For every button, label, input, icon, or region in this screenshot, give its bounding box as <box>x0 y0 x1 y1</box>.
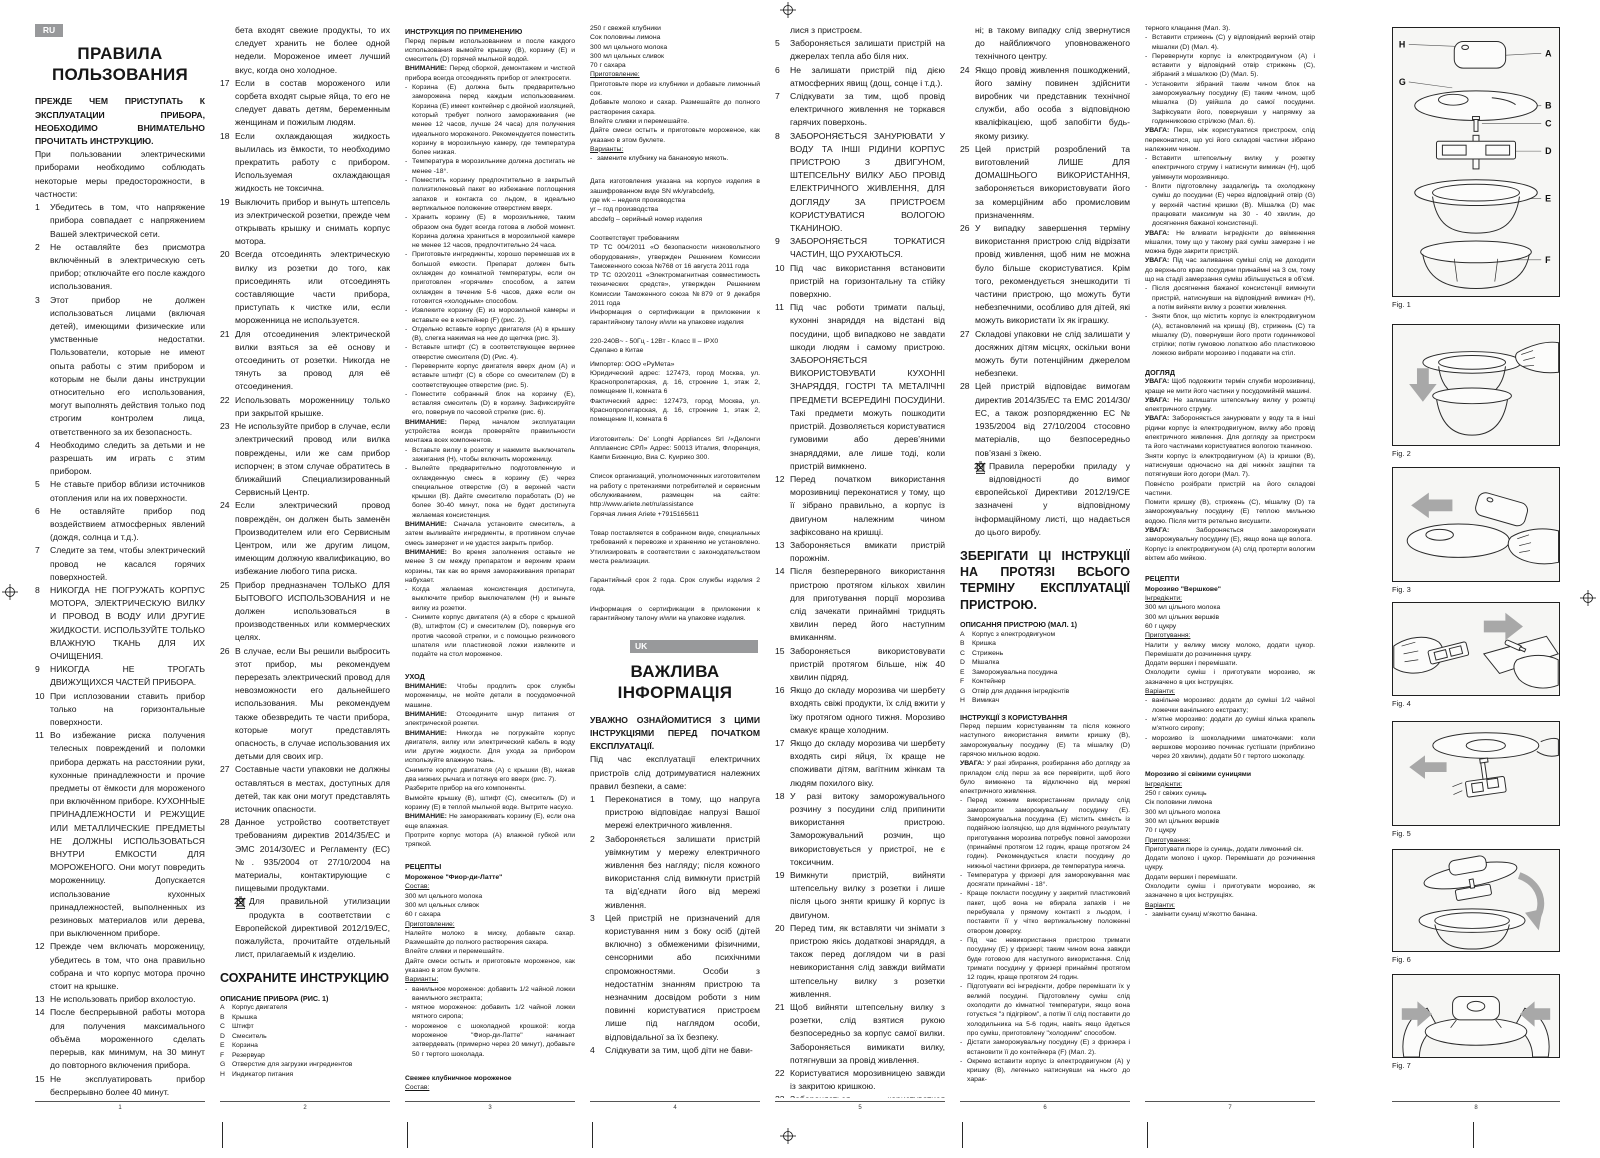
dash-bullet: м’ятне морозиво: додати до суміші кілька… <box>1145 715 1315 734</box>
item-number: 7 <box>775 90 790 103</box>
section-title: ВАЖЛИВА ІНФОРМАЦІЯ <box>590 662 760 703</box>
item-number: 24 <box>960 64 975 77</box>
dash-bullet: Влити підготовлену заздалегідь та охолод… <box>1145 182 1315 228</box>
dash-bullet: Корзина (E) должна быть предварительно з… <box>405 83 575 157</box>
item-text: Під час роботи тримати пальці, кухонні з… <box>790 302 945 470</box>
page-number-text: 5 <box>858 1105 861 1111</box>
warning-paragraph: ВНИМАНИЕ: Чтобы продлить срок службы мор… <box>405 682 575 710</box>
dash-bullet: мятное мороженое: добавить 1/2 чайной ло… <box>405 1003 575 1022</box>
small-paragraph: ТР ТС 004/2011 «О безопасности низковоль… <box>590 243 760 271</box>
dash-bullet: мороженое с шоколадной крошкой: когда мо… <box>405 1022 575 1059</box>
dash-bullet: Підготувати всі інгредієнти, добре перем… <box>960 982 1130 1038</box>
dash-bullet: Хранить корзину (E) в морозильнике, таки… <box>405 213 575 250</box>
small-paragraph: yr – год производства <box>590 205 760 214</box>
item-number: 5 <box>775 37 790 50</box>
item-number: 3 <box>35 294 50 307</box>
spacer <box>405 849 575 859</box>
part-letter: C <box>960 649 972 659</box>
warning-lead: УВАГА: <box>960 760 987 767</box>
small-paragraph: терного клацання (Мал. 3). <box>1145 24 1315 33</box>
item-text: У випадку завершення терміну використанн… <box>975 223 1130 325</box>
dash-bullet: Дістати заморожувальну посудину (E) з фр… <box>960 1038 1130 1057</box>
numbered-item: 28Цей пристрій відповідає вимогам директ… <box>960 380 1130 459</box>
part-name: Мішалка <box>972 659 999 666</box>
warning-lead: ВНИМАНИЕ: <box>405 521 454 528</box>
small-paragraph: Информация о сертификации в приложении к… <box>590 605 760 624</box>
dash-bullet: ванільне морозиво: додати до суміші 1/2 … <box>1145 696 1315 715</box>
page-number-text: 4 <box>673 1105 676 1111</box>
item-text: Следите за тем, чтобы электрический пров… <box>50 545 205 581</box>
item-text: Всегда отсоединять электрическую вилку и… <box>235 249 390 325</box>
item-number: 29 <box>234 895 249 908</box>
registration-mark-left <box>2 584 18 600</box>
small-paragraph: Сделано в Китае <box>590 346 760 355</box>
item-number: 26 <box>960 222 975 235</box>
numbered-item: 18Если охлаждающая жидкость вылилась из … <box>220 130 390 196</box>
item-number: 7 <box>35 544 50 557</box>
small-paragraph: ТР ТС 020/2011 «Электромагнитная совмест… <box>590 271 760 308</box>
numbered-item: 28Данное устройство соответствует требов… <box>220 816 390 895</box>
numbered-item: 15Забороняється використовувати пристрій… <box>775 645 945 685</box>
item-number: 21 <box>775 1001 790 1014</box>
numbered-item: 29Правила переробки приладу у відповідно… <box>960 460 1130 539</box>
page-number: 3 <box>405 1101 575 1111</box>
small-paragraph: Додати вершки і перемішати. <box>1145 659 1315 668</box>
page-number: 4 <box>590 1101 760 1111</box>
part-name: Резервуар <box>232 1052 265 1059</box>
warning-paragraph: УВАГА: У разі збирання, розбирання або д… <box>960 759 1130 796</box>
parts-list-item: DМішалка <box>960 658 1130 668</box>
sub-heading: ИНСТРУКЦИЯ ПО ПРИМЕНЕНИЮ <box>405 27 575 37</box>
item-number: 9 <box>775 235 790 248</box>
dash-bullet: Вставьте штифт (C) в соответствующее вер… <box>405 343 575 362</box>
figure-1-box: H G A B C D E F <box>1392 27 1560 297</box>
item-text: Переконатися в тому, що напруга пристрою… <box>605 794 760 830</box>
warning-lead: УВАГА: <box>1145 230 1176 237</box>
recipe-line: 60 г сахара <box>405 910 575 919</box>
item-text: Не оставляйте прибор под воздействием ат… <box>50 506 205 542</box>
parts-list-item: AКорпус з електродвигуном <box>960 630 1130 640</box>
part-label-e: E <box>1545 194 1551 204</box>
recipe-line: 300 мл цільних вершків <box>1145 817 1315 826</box>
part-name: Контейнер <box>972 678 1005 685</box>
figure-7-box <box>1392 974 1560 1058</box>
figure-1-caption: Fig. 1 <box>1392 300 1411 309</box>
item-text: Если в состав мороженого или сорбета вхо… <box>235 78 390 128</box>
item-text: Цей пристрій не призначений для користув… <box>605 913 760 1042</box>
dash-bullet: Снимите корпус двигателя (A) в сборе с к… <box>405 613 575 659</box>
numbered-item: 20Всегда отсоединять электрическую вилку… <box>220 248 390 327</box>
part-name: Отверстие для загрузки ингредиентов <box>232 1061 352 1068</box>
underlined-label: Інгредієнти: <box>1145 780 1315 789</box>
numbered-item: 10Під час використання встановити пристр… <box>775 262 945 302</box>
part-name: Корпус двигателя <box>232 1004 287 1011</box>
item-number: 18 <box>775 790 790 803</box>
small-paragraph: Приготувати пюре із суниць, додати лимон… <box>1145 845 1315 854</box>
item-text: Не залишати пристрій під дією атмосферни… <box>790 65 945 88</box>
item-number: 22 <box>220 394 235 407</box>
part-letter: E <box>220 1041 232 1051</box>
recipe-line: 300 мл цельного молока <box>405 892 575 901</box>
item-number: 16 <box>775 684 790 697</box>
small-paragraph: Влейте сливки и перемешайте. <box>590 117 760 126</box>
small-paragraph: Соответствует требованиям <box>590 234 760 243</box>
section-title: ПРАВИЛА ПОЛЬЗОВАНИЯ <box>35 44 205 85</box>
sub-heading: УХОД <box>405 672 575 682</box>
language-badge: UK <box>630 640 758 653</box>
small-paragraph: Дата изготовления указана на корпусе изд… <box>590 177 760 196</box>
numbered-item: 17Если в состав мороженого или сорбета в… <box>220 77 390 130</box>
numbered-item: 3Этот прибор не должен использоваться ли… <box>35 294 205 439</box>
dash-bullet: Переверните корпус двигателя вверх дном … <box>405 362 575 390</box>
recipe-line: Сік половини лимона <box>1145 798 1315 807</box>
item-number: 4 <box>590 1044 605 1057</box>
item-number: 12 <box>775 473 790 486</box>
item-number: 17 <box>775 737 790 750</box>
item-text: Прежде чем включать мороженицу, убедитес… <box>50 941 205 991</box>
part-letter: F <box>960 677 972 687</box>
item-text: Вимкнути пристрій, вийняти штепсельну ви… <box>790 870 945 920</box>
numbered-item: 5Не ставьте прибор вблизи источников ото… <box>35 478 205 504</box>
item-text: Не эксплуатировать прибор беспрерывно бо… <box>50 1074 205 1097</box>
item-number: 28 <box>220 816 235 829</box>
part-letter: G <box>220 1060 232 1070</box>
dash-bullet: морозиво із шоколадними шматочками: коли… <box>1145 734 1315 762</box>
item-text: Цей пристрій розроблений та виготовлений… <box>975 144 1130 220</box>
part-name: Смеситель <box>232 1033 267 1040</box>
numbered-item: 14После беспрерывной работы мотора для п… <box>35 1006 205 1072</box>
numbered-item: 8ЗАБОРОНЯЄТЬСЯ ЗАНУРЮВАТИ У ВОДУ ТА ІНШІ… <box>775 130 945 236</box>
item-text: Цей пристрій відповідає вимогам директив… <box>975 381 1130 457</box>
recipe-line: Сок половины лимона <box>590 33 760 42</box>
item-number: 20 <box>775 922 790 935</box>
warning-lead: УВАГА: <box>1145 257 1172 264</box>
numbered-item: 17Якщо до складу морозива чи шербету вхо… <box>775 737 945 790</box>
numbered-item: 4Слідкувати за тим, щоб діти не бави- <box>590 1044 760 1057</box>
item-text: Забороняється користуватися приладом, як… <box>790 1094 945 1098</box>
underlined-label: Варианты: <box>590 145 760 154</box>
dash-bullet: Вставити штепсельну вилку у розетку елек… <box>1145 154 1315 182</box>
numbered-item: 9НИКОГДА НЕ ТРОГАТЬ ДВИЖУЩИХСЯ ЧАСТЕЙ ПР… <box>35 663 205 689</box>
small-paragraph: Юридический адрес: 127473, город Москва,… <box>590 369 760 397</box>
dash-bullet: Краще покласти посудину у закритий пласт… <box>960 889 1130 935</box>
numbered-item: 21Щоб вийняти штепсельну вилку з розетки… <box>775 1001 945 1067</box>
item-text: Забороняється залишати пристрій увімкнут… <box>605 834 760 910</box>
figure-5-caption: Fig. 5 <box>1392 829 1411 838</box>
dash-bullet: Поместите собранный блок на корзину (E),… <box>405 390 575 418</box>
item-continuation: лися з пристроєм. <box>775 24 945 37</box>
dash-bullet: Температура у фризері для заморожування … <box>960 871 1130 890</box>
page-number: 8 <box>1392 1101 1560 1111</box>
part-letter: D <box>960 658 972 668</box>
item-text: Користуватися морозивницею завжди із зак… <box>790 1068 945 1091</box>
part-label-b: B <box>1545 101 1551 111</box>
warning-lead: ВНИМАНИЕ: <box>405 549 453 556</box>
spacer <box>590 566 760 576</box>
language-badge: RU <box>35 24 63 37</box>
part-name: Корпус з електродвигуном <box>972 631 1055 638</box>
numbered-item: 3Цей пристрій не призначений для користу… <box>590 912 760 1044</box>
item-text: Після безперервного використання пристро… <box>790 566 945 642</box>
small-paragraph: где wk – неделя производства <box>590 196 760 205</box>
warning-paragraph: ВНИМАНИЕ: Перед началом эксплуатации уст… <box>405 418 575 446</box>
numbered-item: 6Не залишати пристрій під дією атмосферн… <box>775 64 945 90</box>
item-text: Перед початком використання морозивниці … <box>790 474 945 537</box>
part-name: Стрижень <box>972 650 1003 657</box>
text-column-page-1: RUПРАВИЛА ПОЛЬЗОВАНИЯПРЕЖДЕ ЧЕМ ПРИСТУПА… <box>35 24 205 1098</box>
item-text: Перед тим, як вставляти чи знімати з при… <box>790 923 945 999</box>
spacer <box>590 462 760 472</box>
item-number: 15 <box>35 1073 50 1086</box>
dash-bullet: Установити зібраний таким чином блок на … <box>1145 80 1315 126</box>
numbered-item: 11Во избежание риска получения телесных … <box>35 729 205 940</box>
part-letter: B <box>220 1013 232 1023</box>
recipe-line: 300 мл цельных сливок <box>590 52 760 61</box>
item-number: 27 <box>220 763 235 776</box>
spacer <box>405 1059 575 1073</box>
figure-1-illustration: H G A B C D E F <box>1393 28 1559 296</box>
item-number: 25 <box>960 143 975 156</box>
part-letter: F <box>220 1051 232 1061</box>
parts-list-item: HИндикатор питания <box>220 1070 390 1080</box>
warning-paragraph: УВАГА: Не залишати штепсельну вилку у ро… <box>1145 396 1315 415</box>
crop-tick <box>222 1122 223 1148</box>
small-paragraph: abcdefg – серийный номер изделия <box>590 215 760 224</box>
small-paragraph: Гарантийный срок 2 года. Срок службы изд… <box>590 576 760 595</box>
recipe-line: 300 мл цельного молока <box>590 43 760 52</box>
manual-sheet: H G A B C D E F Fig. 1 <box>0 0 1600 1158</box>
recipe-title: Мороженое "Фиор-ди-Латте" <box>405 873 575 882</box>
part-name: Корзина <box>232 1042 258 1049</box>
small-paragraph: Снимите корпус двигателя (A) с крышки (B… <box>405 766 575 785</box>
underlined-label: Приготовление: <box>590 70 760 79</box>
warning-paragraph: УВАГА: Щоб подовжити термін служби мороз… <box>1145 377 1315 396</box>
item-number: 6 <box>35 505 50 518</box>
item-number: 20 <box>220 248 235 261</box>
item-number: 12 <box>35 940 50 953</box>
small-paragraph: Налити у велику миску молоко, додати цук… <box>1145 641 1315 660</box>
figure-2-illustration <box>1393 325 1559 445</box>
figure-2-box <box>1392 324 1560 446</box>
parts-list-item: HВимикач <box>960 696 1130 706</box>
keep-instructions-title: СОХРАНИТЕ ИНСТРУКЦИЮ <box>220 970 390 986</box>
numbered-item: 7Слідкувати за тим, щоб провід електричн… <box>775 90 945 130</box>
item-text: ЗАБОРОНЯЄТЬСЯ ТОРКАТИСЯ ЧАСТИН, ЩО РУХАЮ… <box>790 236 945 259</box>
numbered-item: 24Якщо провід живлення пошкоджений, його… <box>960 64 1130 143</box>
item-text: Складові упаковки не слід залишати у дос… <box>975 329 1130 379</box>
spacer <box>590 425 760 435</box>
numbered-item: 19Вимкнути пристрій, вийняти штепсельну … <box>775 869 945 922</box>
underlined-label: Варіанти: <box>1145 901 1315 910</box>
dash-bullet: Поместить корзину предпочтительно в закр… <box>405 176 575 213</box>
page-number-text: 7 <box>1228 1105 1231 1111</box>
numbered-item: 11Під час роботи тримати пальці, кухонні… <box>775 301 945 473</box>
dash-bullet: Извлеките корзину (E) из морозильной кам… <box>405 306 575 325</box>
item-text: Не оставляйте без присмотра включённый в… <box>50 242 205 292</box>
item-continuation: ні; в такому випадку слід звернутися до … <box>960 24 1130 64</box>
warning-paragraph: УВАГА: Забороняється заморожувати заморо… <box>1145 526 1315 545</box>
item-number: 9 <box>35 663 50 676</box>
warning-paragraph: ВНИМАНИЕ: Не замораживать корзину (E), е… <box>405 812 575 831</box>
part-label-a: A <box>1545 48 1552 58</box>
small-paragraph: Додати вершки і перемішати. <box>1145 873 1315 882</box>
parts-list-item: BКришка <box>960 639 1130 649</box>
warning-lead: УВАГА: <box>1145 378 1172 385</box>
figure-6-illustration <box>1393 850 1559 951</box>
parts-list-item: DСмеситель <box>220 1032 390 1042</box>
small-paragraph: Дайте смеси остыть и приготовьте морожен… <box>590 126 760 145</box>
recipe-line: 60 г цукру <box>1145 622 1315 631</box>
text-column-page-3: ИНСТРУКЦИЯ ПО ПРИМЕНЕНИЮПеред первым исп… <box>405 24 575 1098</box>
numbered-item: 2Не оставляйте без присмотра включённый … <box>35 241 205 294</box>
item-text: Этот прибор не должен использоваться лиц… <box>50 295 205 437</box>
item-text: Забороняється вмикати пристрій порожнім. <box>790 540 945 563</box>
dash-bullet: Приготовьте ингредиенты, хорошо перемеша… <box>405 250 575 306</box>
item-number: 23 <box>775 1093 790 1098</box>
page-number-text: 2 <box>303 1105 306 1111</box>
item-text: Использовать мороженницу только при закр… <box>235 395 390 418</box>
recipe-title: Морозиво зі свіжими суницями <box>1145 770 1315 779</box>
item-text: Щоб вийняти штепсельну вилку з розетки, … <box>790 1002 945 1065</box>
warning-paragraph: ВНИМАНИЕ: Отсоедините шнур питания от эл… <box>405 710 575 729</box>
part-letter: B <box>960 639 972 649</box>
text-column-page-7: терного клацання (Мал. 3).Вставити стриж… <box>1145 24 1315 1098</box>
left-arrow <box>1411 493 1452 519</box>
registration-mark-right <box>1580 590 1596 606</box>
dash-bullet: Когда желаемая консистенция достигнута, … <box>405 585 575 613</box>
item-text: Забороняється залишати пристрій на джере… <box>790 38 945 61</box>
small-paragraph: Список организаций, уполномоченных изгот… <box>590 472 760 509</box>
item-number: 1 <box>35 201 50 214</box>
warning-paragraph: УВАГА: Забороняється занурювати у воду т… <box>1145 414 1315 451</box>
small-paragraph: Додати молоко і цукор. Перемішати до роз… <box>1145 854 1315 873</box>
intro-lead: УВАЖНО ОЗНАЙОМИТИСЯ З ЦИМИ ІНСТРУКЦІЯМИ … <box>590 714 760 754</box>
crop-tick <box>407 1122 408 1148</box>
part-label-c: C <box>1545 118 1552 128</box>
parts-list-item: EЗаморожувальна посудина <box>960 668 1130 678</box>
spacer <box>590 163 760 177</box>
intro-lead: ПРЕЖДЕ ЧЕМ ПРИСТУПАТЬ К ЭКСПЛУАТАЦИИ ПРИ… <box>35 95 205 148</box>
item-text: Убедитесь в том, что напряжение прибора … <box>50 202 205 238</box>
small-paragraph: Изготовитель: De’ Longhi Appliances Srl … <box>590 435 760 463</box>
part-letter: H <box>220 1070 232 1080</box>
part-letter: D <box>220 1032 232 1042</box>
warning-lead: ВНИМАНИЕ: <box>405 65 449 72</box>
item-number: 26 <box>220 645 235 658</box>
item-number: 13 <box>775 539 790 552</box>
item-number: 17 <box>220 77 235 90</box>
underlined-label: Приготування: <box>1145 631 1315 640</box>
item-number: 14 <box>775 565 790 578</box>
item-text: После беспрерывной работы мотора для пол… <box>50 1007 205 1070</box>
text-column-page-2: бета входят свежие продукты, то их следу… <box>220 24 390 1098</box>
part-name: Отвір для додання інгредієнтів <box>972 688 1069 695</box>
warning-lead: УВАГА: <box>1145 415 1172 422</box>
figure-4-box <box>1392 602 1560 696</box>
dash-bullet: замените клубнику на банановую мякоть. <box>590 154 760 163</box>
text-column-page-4: 250 г свежей клубникиСок половины лимона… <box>590 24 760 1098</box>
item-number: 2 <box>35 241 50 254</box>
item-text: Не использовать прибор вхолостую. <box>50 994 196 1004</box>
figure-3-box <box>1392 467 1560 582</box>
item-number: 14 <box>35 1006 50 1019</box>
dash-bullet: Перевернути корпус із електродвигуном (A… <box>1145 52 1315 80</box>
numbered-item: 21Для отсоединения электрической вилки в… <box>220 328 390 394</box>
item-text: Якщо до складу морозива чи шербету входя… <box>790 738 945 788</box>
warning-lead: ВНИМАНИЕ: <box>405 711 456 718</box>
figure-7-illustration <box>1393 975 1559 1057</box>
part-letter: E <box>960 668 972 678</box>
item-number: 1 <box>590 793 605 806</box>
small-paragraph: Горячая линия Ariete +7915165611 <box>590 510 760 519</box>
underlined-label: Варианты: <box>405 975 575 984</box>
page-number: 5 <box>775 1101 945 1111</box>
figure-4-caption: Fig. 4 <box>1392 699 1411 708</box>
recipe-line: 70 г цукру <box>1145 826 1315 835</box>
item-text: В случае, если Вы решили выбросить этот … <box>235 646 390 762</box>
underlined-label: Приготовление: <box>405 920 575 929</box>
item-text: Если электрический провод повреждён, он … <box>235 500 390 576</box>
part-name: Вимикач <box>972 697 999 704</box>
sub-heading: ІНСТРУКЦІЇ З КОРИСТУВАННЯ <box>960 713 1130 723</box>
small-paragraph: Влейте сливки и перемешайте. <box>405 947 575 956</box>
item-number: 19 <box>775 869 790 882</box>
paragraph: При пользовании электрическими приборами… <box>35 148 205 201</box>
numbered-item: 27Складові упаковки не слід залишати у д… <box>960 328 1130 381</box>
warning-paragraph: УВАГА: Перш, ніж користуватися пристроєм… <box>1145 126 1315 154</box>
numbered-item: 1Убедитесь в том, что напряжение прибора… <box>35 201 205 241</box>
numbered-item: 25Цей пристрій розроблений та виготовлен… <box>960 143 1130 222</box>
recipe-title: Свежее клубничное мороженое <box>405 1074 575 1083</box>
item-text: Необходимо следить за детьми и не разреш… <box>50 440 205 476</box>
sub-heading: РЕЦЕПТЫ <box>405 862 575 872</box>
numbered-item: 13Не использовать прибор вхолостую. <box>35 993 205 1006</box>
figure-2-caption: Fig. 2 <box>1392 449 1411 458</box>
parts-list-item: BКрышка <box>220 1013 390 1023</box>
page-number-text: 1 <box>118 1105 121 1111</box>
item-number: 18 <box>220 130 235 143</box>
paragraph: Під час експлуатації електричних пристро… <box>590 753 760 793</box>
item-text: Составные части упаковки не должны остав… <box>235 764 390 814</box>
small-paragraph: Охолодити суміш і приготувати морозиво, … <box>1145 882 1315 901</box>
item-text: Під час використання встановити пристрій… <box>790 263 945 299</box>
numbered-item: 6Не оставляйте прибор под воздействием а… <box>35 505 205 545</box>
item-text: Якщо до складу морозива чи шербету входя… <box>790 685 945 735</box>
spacer <box>960 706 1130 710</box>
item-text: Если охлаждающая жидкость вылилась из ём… <box>235 131 390 194</box>
numbered-item: 2Забороняється залишати пристрій увімкну… <box>590 833 760 912</box>
figure-5-illustration <box>1393 722 1559 825</box>
part-letter: A <box>960 630 972 640</box>
small-paragraph: Корпус із електродвигуном (A) слід проте… <box>1145 545 1315 564</box>
sub-heading: РЕЦЕПТИ <box>1145 574 1315 584</box>
small-paragraph: Добавьте молоко и сахар. Размешайте до п… <box>590 98 760 117</box>
item-number: 2 <box>590 833 605 846</box>
numbered-item: 8НИКОГДА НЕ ПОГРУЖАТЬ КОРПУС МОТОРА, ЭЛЕ… <box>35 584 205 663</box>
warning-paragraph: ВНИМАНИЕ: Перед сборкой, демонтажем и чи… <box>405 64 575 83</box>
parts-list-item: FКонтейнер <box>960 677 1130 687</box>
item-text: Для правильной утилизации продукта в соо… <box>235 896 390 959</box>
item-text: У разі витоку заморожувального розчину з… <box>790 791 945 867</box>
numbered-item: 12Прежде чем включать мороженицу, убедит… <box>35 940 205 993</box>
small-paragraph: Разберите прибор на его компоненты. <box>405 784 575 793</box>
item-text: Не ставьте прибор вблизи источников отоп… <box>50 479 205 502</box>
dash-bullet: Отдельно вставьте корпус двигателя (A) в… <box>405 325 575 344</box>
sub-heading: ОПИСАНИЕ ПРИБОРА (РИС. 1) <box>220 994 390 1004</box>
registration-mark-top <box>780 2 796 18</box>
warning-paragraph: ВНИМАНИЕ: Никогда не погружайте корпус д… <box>405 729 575 766</box>
recipe-line: 300 мл цельных сливок <box>405 901 575 910</box>
